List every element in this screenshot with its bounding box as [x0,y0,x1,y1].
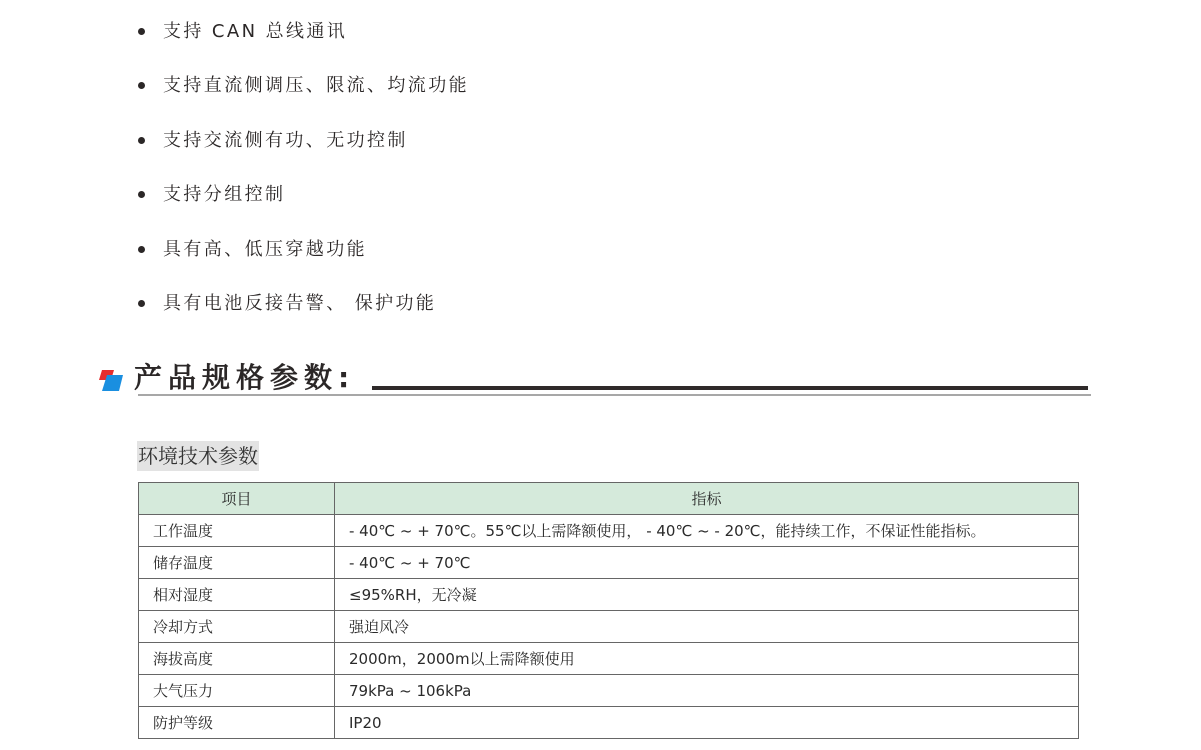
section-logo-icon [98,370,124,392]
feature-item: 支持交流侧有功、无功控制 [136,123,469,177]
row-value: - 40℃ ~ + 70℃。55℃以上需降额使用， - 40℃ ~ - 20℃，… [335,515,1079,547]
bullet-icon [138,28,145,35]
feature-item: 支持分组控制 [136,177,469,231]
feature-item: 支持 CAN 总线通讯 [136,14,469,68]
table-row: 工作温度- 40℃ ~ + 70℃。55℃以上需降额使用， - 40℃ ~ - … [139,515,1079,547]
row-label: 大气压力 [139,675,335,707]
row-value: ≤95%RH，无冷凝 [335,579,1079,611]
section-divider [138,394,1091,396]
table-header-row: 项目 指标 [139,483,1079,515]
table-row: 冷却方式强迫风冷 [139,611,1079,643]
feature-text: 具有电池反接告警、 保护功能 [163,293,436,314]
column-header-spec: 指标 [335,483,1079,515]
spec-section-header: 产品规格参数: [98,358,1093,400]
feature-item: 具有电池反接告警、 保护功能 [136,286,469,340]
env-table-title: 环境技术参数 [137,441,259,471]
row-label: 工作温度 [139,515,335,547]
row-label: 海拔高度 [139,643,335,675]
row-label: 冷却方式 [139,611,335,643]
table-row: 储存温度- 40℃ ~ + 70℃ [139,547,1079,579]
table-row: 大气压力79kPa ~ 106kPa [139,675,1079,707]
bullet-icon [138,300,145,307]
feature-list: 支持 CAN 总线通讯 支持直流侧调压、限流、均流功能 支持交流侧有功、无功控制… [136,14,469,340]
feature-text: 支持 CAN 总线通讯 [163,21,347,42]
feature-text: 支持交流侧有功、无功控制 [163,130,408,151]
row-value: - 40℃ ~ + 70℃ [335,547,1079,579]
bullet-icon [138,137,145,144]
bullet-icon [138,246,145,253]
row-value: IP20 [335,707,1079,739]
row-label: 相对湿度 [139,579,335,611]
bullet-icon [138,191,145,198]
bullet-icon [138,82,145,89]
feature-text: 支持直流侧调压、限流、均流功能 [163,75,469,96]
row-value: 2000m，2000m以上需降额使用 [335,643,1079,675]
feature-item: 支持直流侧调压、限流、均流功能 [136,68,469,122]
column-header-item: 项目 [139,483,335,515]
feature-text: 支持分组控制 [163,184,285,205]
table-row: 防护等级IP20 [139,707,1079,739]
table-row: 海拔高度2000m，2000m以上需降额使用 [139,643,1079,675]
table-row: 相对湿度≤95%RH，无冷凝 [139,579,1079,611]
feature-item: 具有高、低压穿越功能 [136,232,469,286]
row-value: 79kPa ~ 106kPa [335,675,1079,707]
row-value: 强迫风冷 [335,611,1079,643]
title-underline [372,386,1088,390]
row-label: 储存温度 [139,547,335,579]
feature-text: 具有高、低压穿越功能 [163,239,367,260]
env-spec-table: 项目 指标 工作温度- 40℃ ~ + 70℃。55℃以上需降额使用， - 40… [138,482,1079,739]
row-label: 防护等级 [139,707,335,739]
section-title: 产品规格参数: [134,358,355,398]
